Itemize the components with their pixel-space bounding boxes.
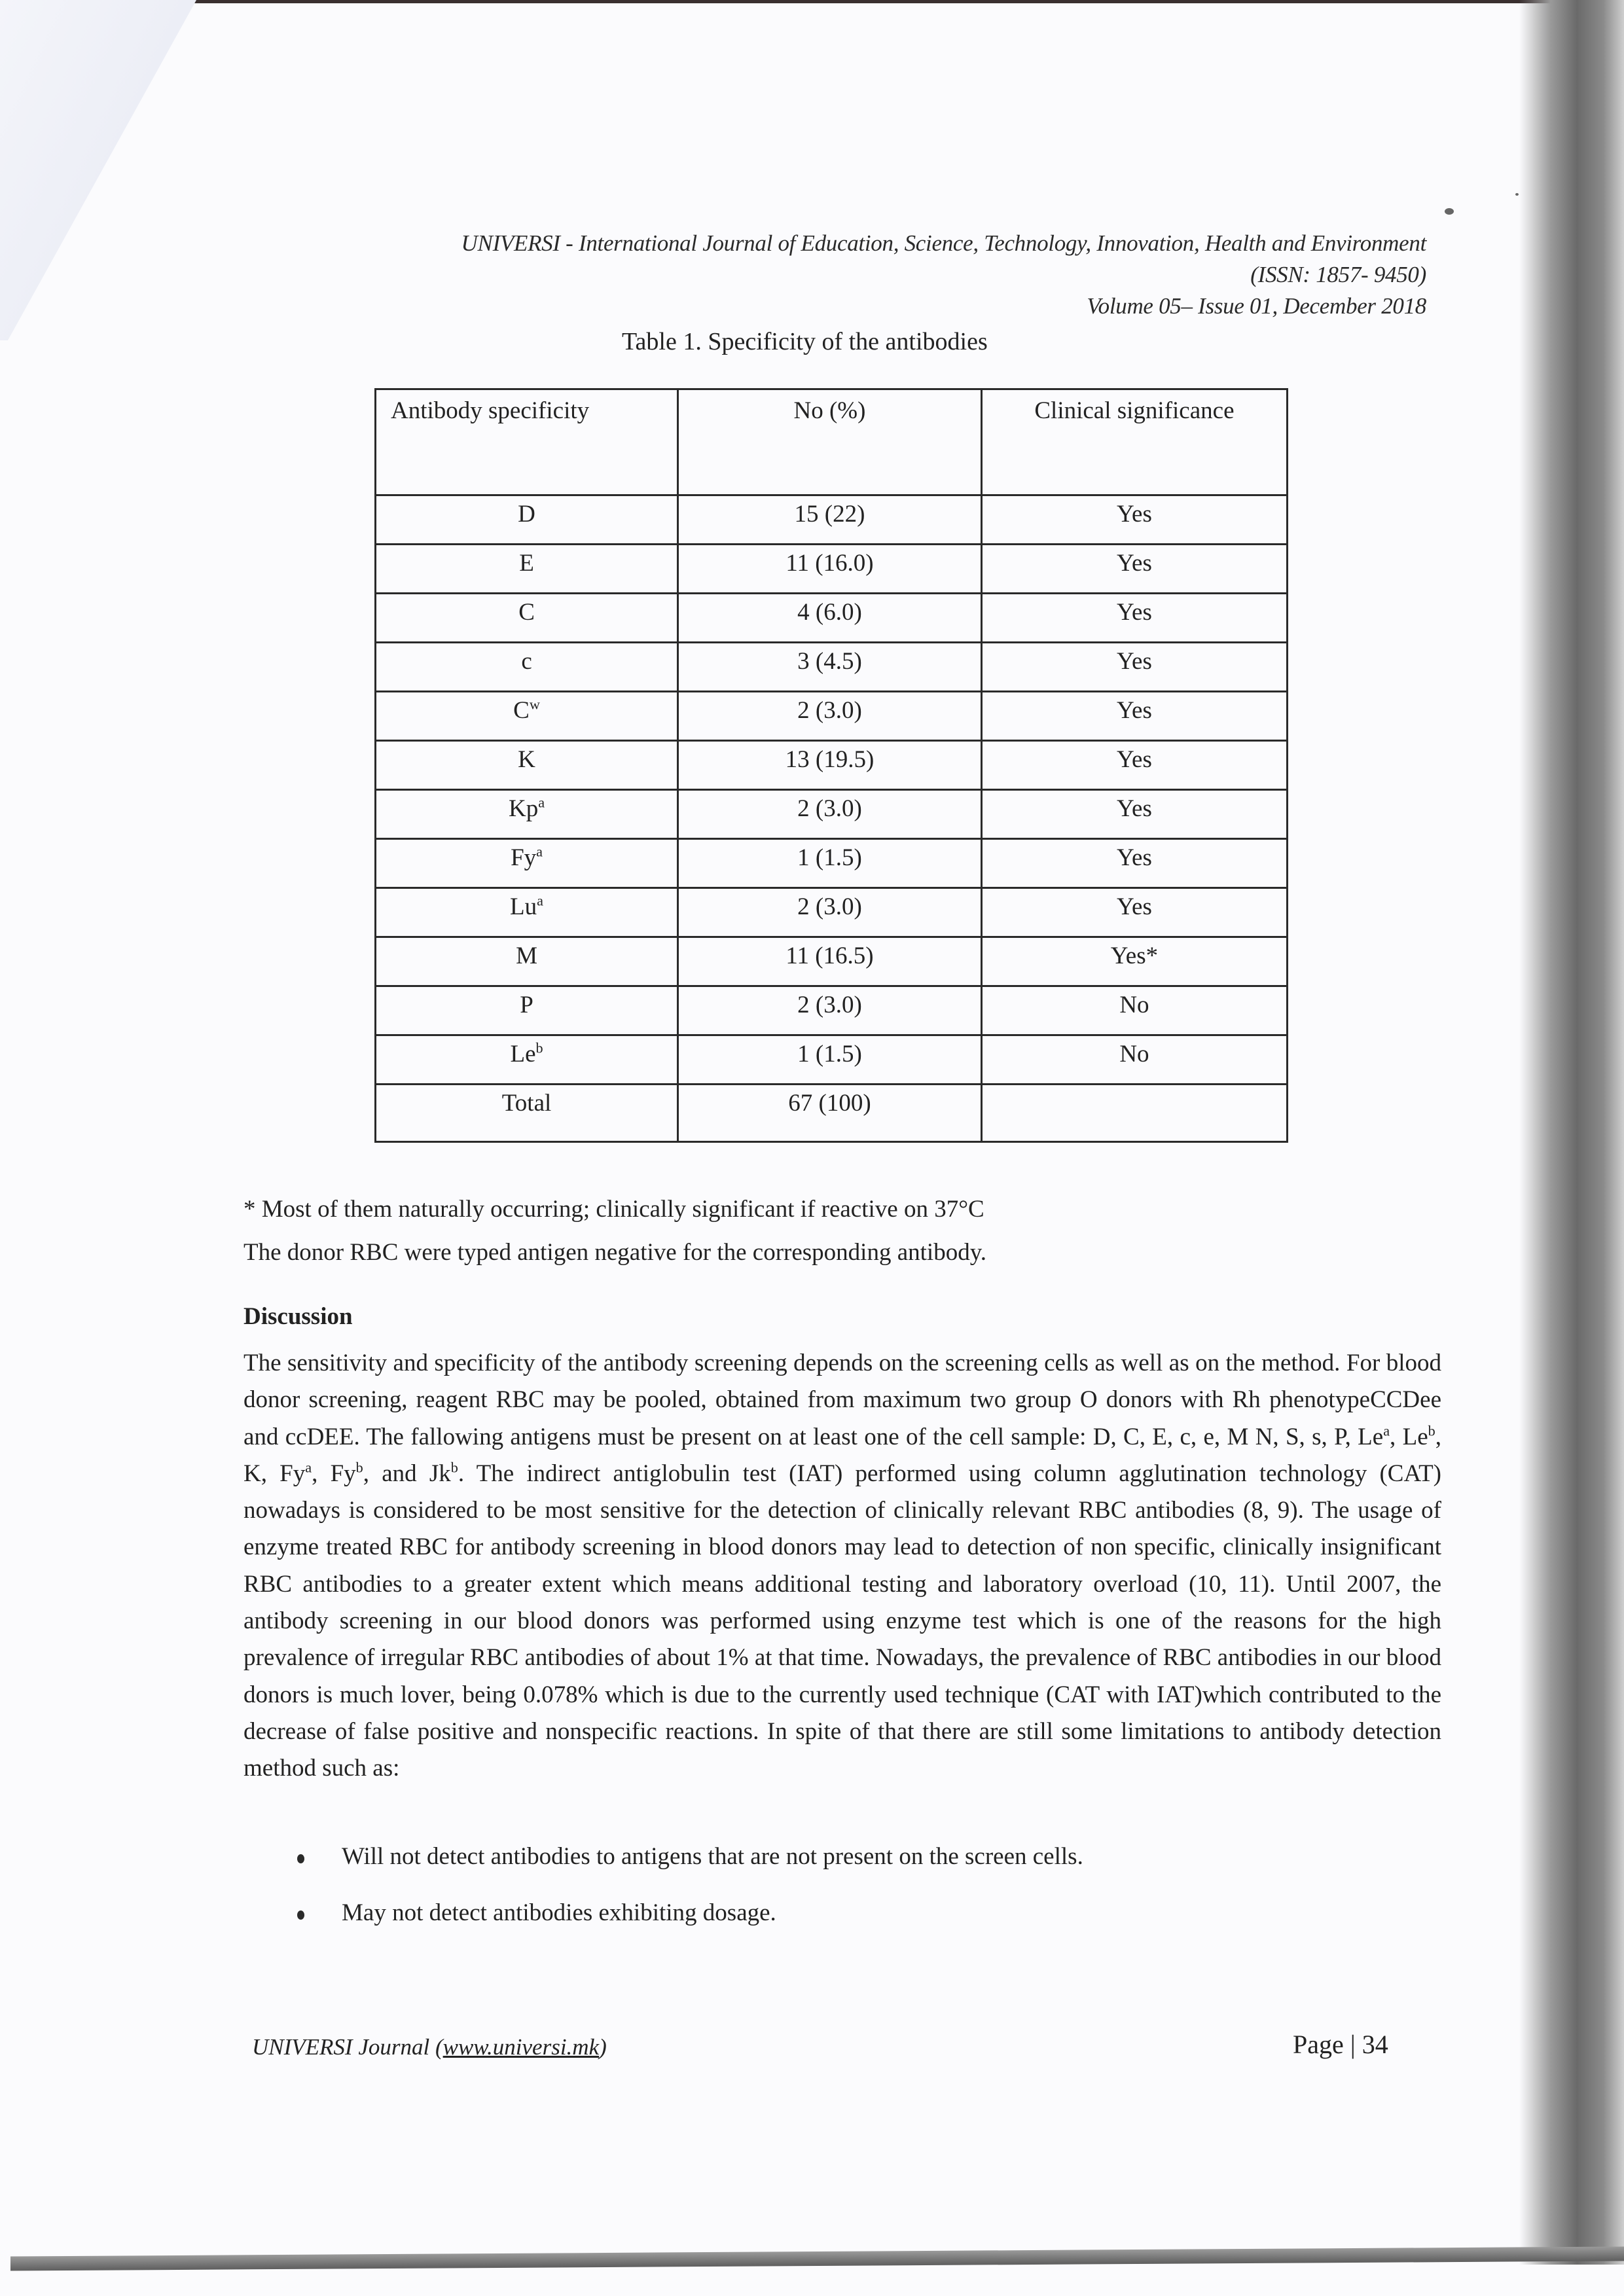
antibody-name: c	[521, 648, 532, 675]
table-caption: Table 1. Specificity of the antibodies	[622, 327, 988, 356]
antibody-cell: C	[376, 594, 678, 643]
antibody-cell: K	[376, 741, 678, 790]
bullet-icon	[297, 1910, 304, 1920]
antibody-cell: M	[376, 937, 678, 986]
scan-bottom-shadow	[10, 2246, 1624, 2270]
count-cell: 2 (3.0)	[678, 692, 982, 741]
table-footnote: * Most of them naturally occurring; clin…	[244, 1195, 984, 1223]
significance-cell: Yes	[981, 545, 1287, 594]
paragraph-text: , Le	[1390, 1424, 1428, 1450]
antibody-cell: Lua	[376, 888, 678, 937]
antibody-superscript: a	[538, 795, 545, 811]
scan-top-edge	[190, 0, 1591, 3]
scan-speck	[1445, 208, 1454, 215]
scan-speck	[1515, 193, 1519, 196]
antibody-name: C	[518, 599, 535, 626]
antibody-cell: P	[376, 986, 678, 1035]
antibody-specificity-table: Antibody specificity No (%) Clinical sig…	[374, 388, 1288, 1143]
significance-cell: Yes*	[981, 937, 1287, 986]
journal-volume: Volume 05– Issue 01, December 2018	[1087, 293, 1426, 319]
table-row: C4 (6.0)Yes	[376, 594, 1288, 643]
count-cell: 15 (22)	[678, 495, 982, 545]
table-row: Cw2 (3.0)Yes	[376, 692, 1288, 741]
page-number: Page | 34	[1293, 2029, 1388, 2060]
antigen-superscript: b	[356, 1460, 363, 1476]
antibody-cell: Fya	[376, 839, 678, 888]
significance-cell: Yes	[981, 839, 1287, 888]
table-row: P2 (3.0)No	[376, 986, 1288, 1035]
count-cell: 2 (3.0)	[678, 888, 982, 937]
footer-journal: UNIVERSI Journal (www.universi.mk)	[252, 2034, 607, 2060]
list-item: Will not detect antibodies to antigens t…	[244, 1842, 1083, 1899]
table-row: Lua2 (3.0)Yes	[376, 888, 1288, 937]
antibody-superscript: a	[537, 893, 543, 909]
antigen-superscript: a	[1383, 1422, 1390, 1439]
scan-right-shadow	[1519, 0, 1624, 2265]
antibody-cell: E	[376, 545, 678, 594]
count-cell: 2 (3.0)	[678, 790, 982, 839]
antibody-name: Lu	[510, 893, 537, 920]
limitations-list: Will not detect antibodies to antigens t…	[244, 1842, 1083, 1955]
antibody-cell: Kpa	[376, 790, 678, 839]
significance-cell: Yes	[981, 495, 1287, 545]
journal-issn: (ISSN: 1857- 9450)	[1250, 262, 1426, 288]
significance-cell: Yes	[981, 643, 1287, 692]
antibody-name: D	[518, 501, 535, 528]
table-row: Fya1 (1.5)Yes	[376, 839, 1288, 888]
count-cell: 13 (19.5)	[678, 741, 982, 790]
antibody-name: K	[518, 746, 535, 773]
list-item: May not detect antibodies exhibiting dos…	[244, 1899, 1083, 1955]
antibody-name: C	[513, 697, 530, 724]
antibody-name: Le	[510, 1041, 535, 1067]
table-row: c3 (4.5)Yes	[376, 643, 1288, 692]
antibody-name: Kp	[509, 795, 538, 822]
antibody-name: P	[520, 992, 533, 1018]
antibody-name: Total	[502, 1090, 552, 1117]
count-cell: 1 (1.5)	[678, 1035, 982, 1085]
antibody-cell: c	[376, 643, 678, 692]
paragraph-text: . The indirect antiglobulin test (IAT) p…	[244, 1460, 1441, 1782]
count-cell: 11 (16.5)	[678, 937, 982, 986]
significance-cell: No	[981, 1035, 1287, 1085]
list-item-text: Will not detect antibodies to antigens t…	[342, 1843, 1083, 1870]
section-heading-discussion: Discussion	[244, 1302, 353, 1331]
antibody-superscript: a	[536, 844, 543, 860]
discussion-paragraph: The sensitivity and specificity of the a…	[244, 1345, 1441, 1787]
significance-cell: Yes	[981, 888, 1287, 937]
antigen-superscript: b	[1428, 1422, 1435, 1439]
count-cell: 4 (6.0)	[678, 594, 982, 643]
significance-cell	[981, 1085, 1287, 1142]
bullet-icon	[297, 1854, 304, 1863]
antibody-cell: Leb	[376, 1035, 678, 1085]
table-note: The donor RBC were typed antigen negativ…	[244, 1238, 986, 1266]
footer-journal-suffix: )	[599, 2034, 607, 2060]
antigen-superscript: b	[451, 1460, 458, 1476]
antibody-name: M	[516, 942, 537, 969]
antibody-cell: D	[376, 495, 678, 545]
table-row: Total67 (100)	[376, 1085, 1288, 1142]
significance-cell: Yes	[981, 741, 1287, 790]
table-row: E11 (16.0)Yes	[376, 545, 1288, 594]
significance-cell: Yes	[981, 790, 1287, 839]
footer-website-link[interactable]: www.universi.mk	[443, 2034, 600, 2060]
paragraph-text: , and Jk	[363, 1460, 451, 1487]
table-row: M11 (16.5)Yes*	[376, 937, 1288, 986]
count-cell: 11 (16.0)	[678, 545, 982, 594]
antibody-name: E	[519, 550, 534, 577]
column-header-antibody: Antibody specificity	[376, 389, 678, 495]
table-row: K13 (19.5)Yes	[376, 741, 1288, 790]
column-header-count: No (%)	[678, 389, 982, 495]
table-row: Leb1 (1.5)No	[376, 1035, 1288, 1085]
count-cell: 67 (100)	[678, 1085, 982, 1142]
count-cell: 2 (3.0)	[678, 986, 982, 1035]
significance-cell: No	[981, 986, 1287, 1035]
journal-title: UNIVERSI - International Journal of Educ…	[461, 230, 1426, 257]
table-row: D15 (22)Yes	[376, 495, 1288, 545]
significance-cell: Yes	[981, 692, 1287, 741]
scan-page-fold	[0, 0, 196, 340]
antibody-name: Fy	[511, 844, 536, 871]
footer-journal-prefix: UNIVERSI Journal (	[252, 2034, 443, 2060]
paragraph-text: , Fy	[312, 1460, 356, 1487]
antibody-superscript: b	[536, 1040, 543, 1056]
column-header-significance: Clinical significance	[981, 389, 1287, 495]
table-row: Kpa2 (3.0)Yes	[376, 790, 1288, 839]
list-item-text: May not detect antibodies exhibiting dos…	[342, 1899, 776, 1926]
count-cell: 1 (1.5)	[678, 839, 982, 888]
antibody-cell: Cw	[376, 692, 678, 741]
antibody-superscript: w	[530, 696, 540, 713]
significance-cell: Yes	[981, 594, 1287, 643]
count-cell: 3 (4.5)	[678, 643, 982, 692]
antigen-superscript: a	[305, 1460, 312, 1476]
table-header-row: Antibody specificity No (%) Clinical sig…	[376, 389, 1288, 495]
antibody-cell: Total	[376, 1085, 678, 1142]
paragraph-text: The sensitivity and specificity of the a…	[244, 1350, 1441, 1450]
